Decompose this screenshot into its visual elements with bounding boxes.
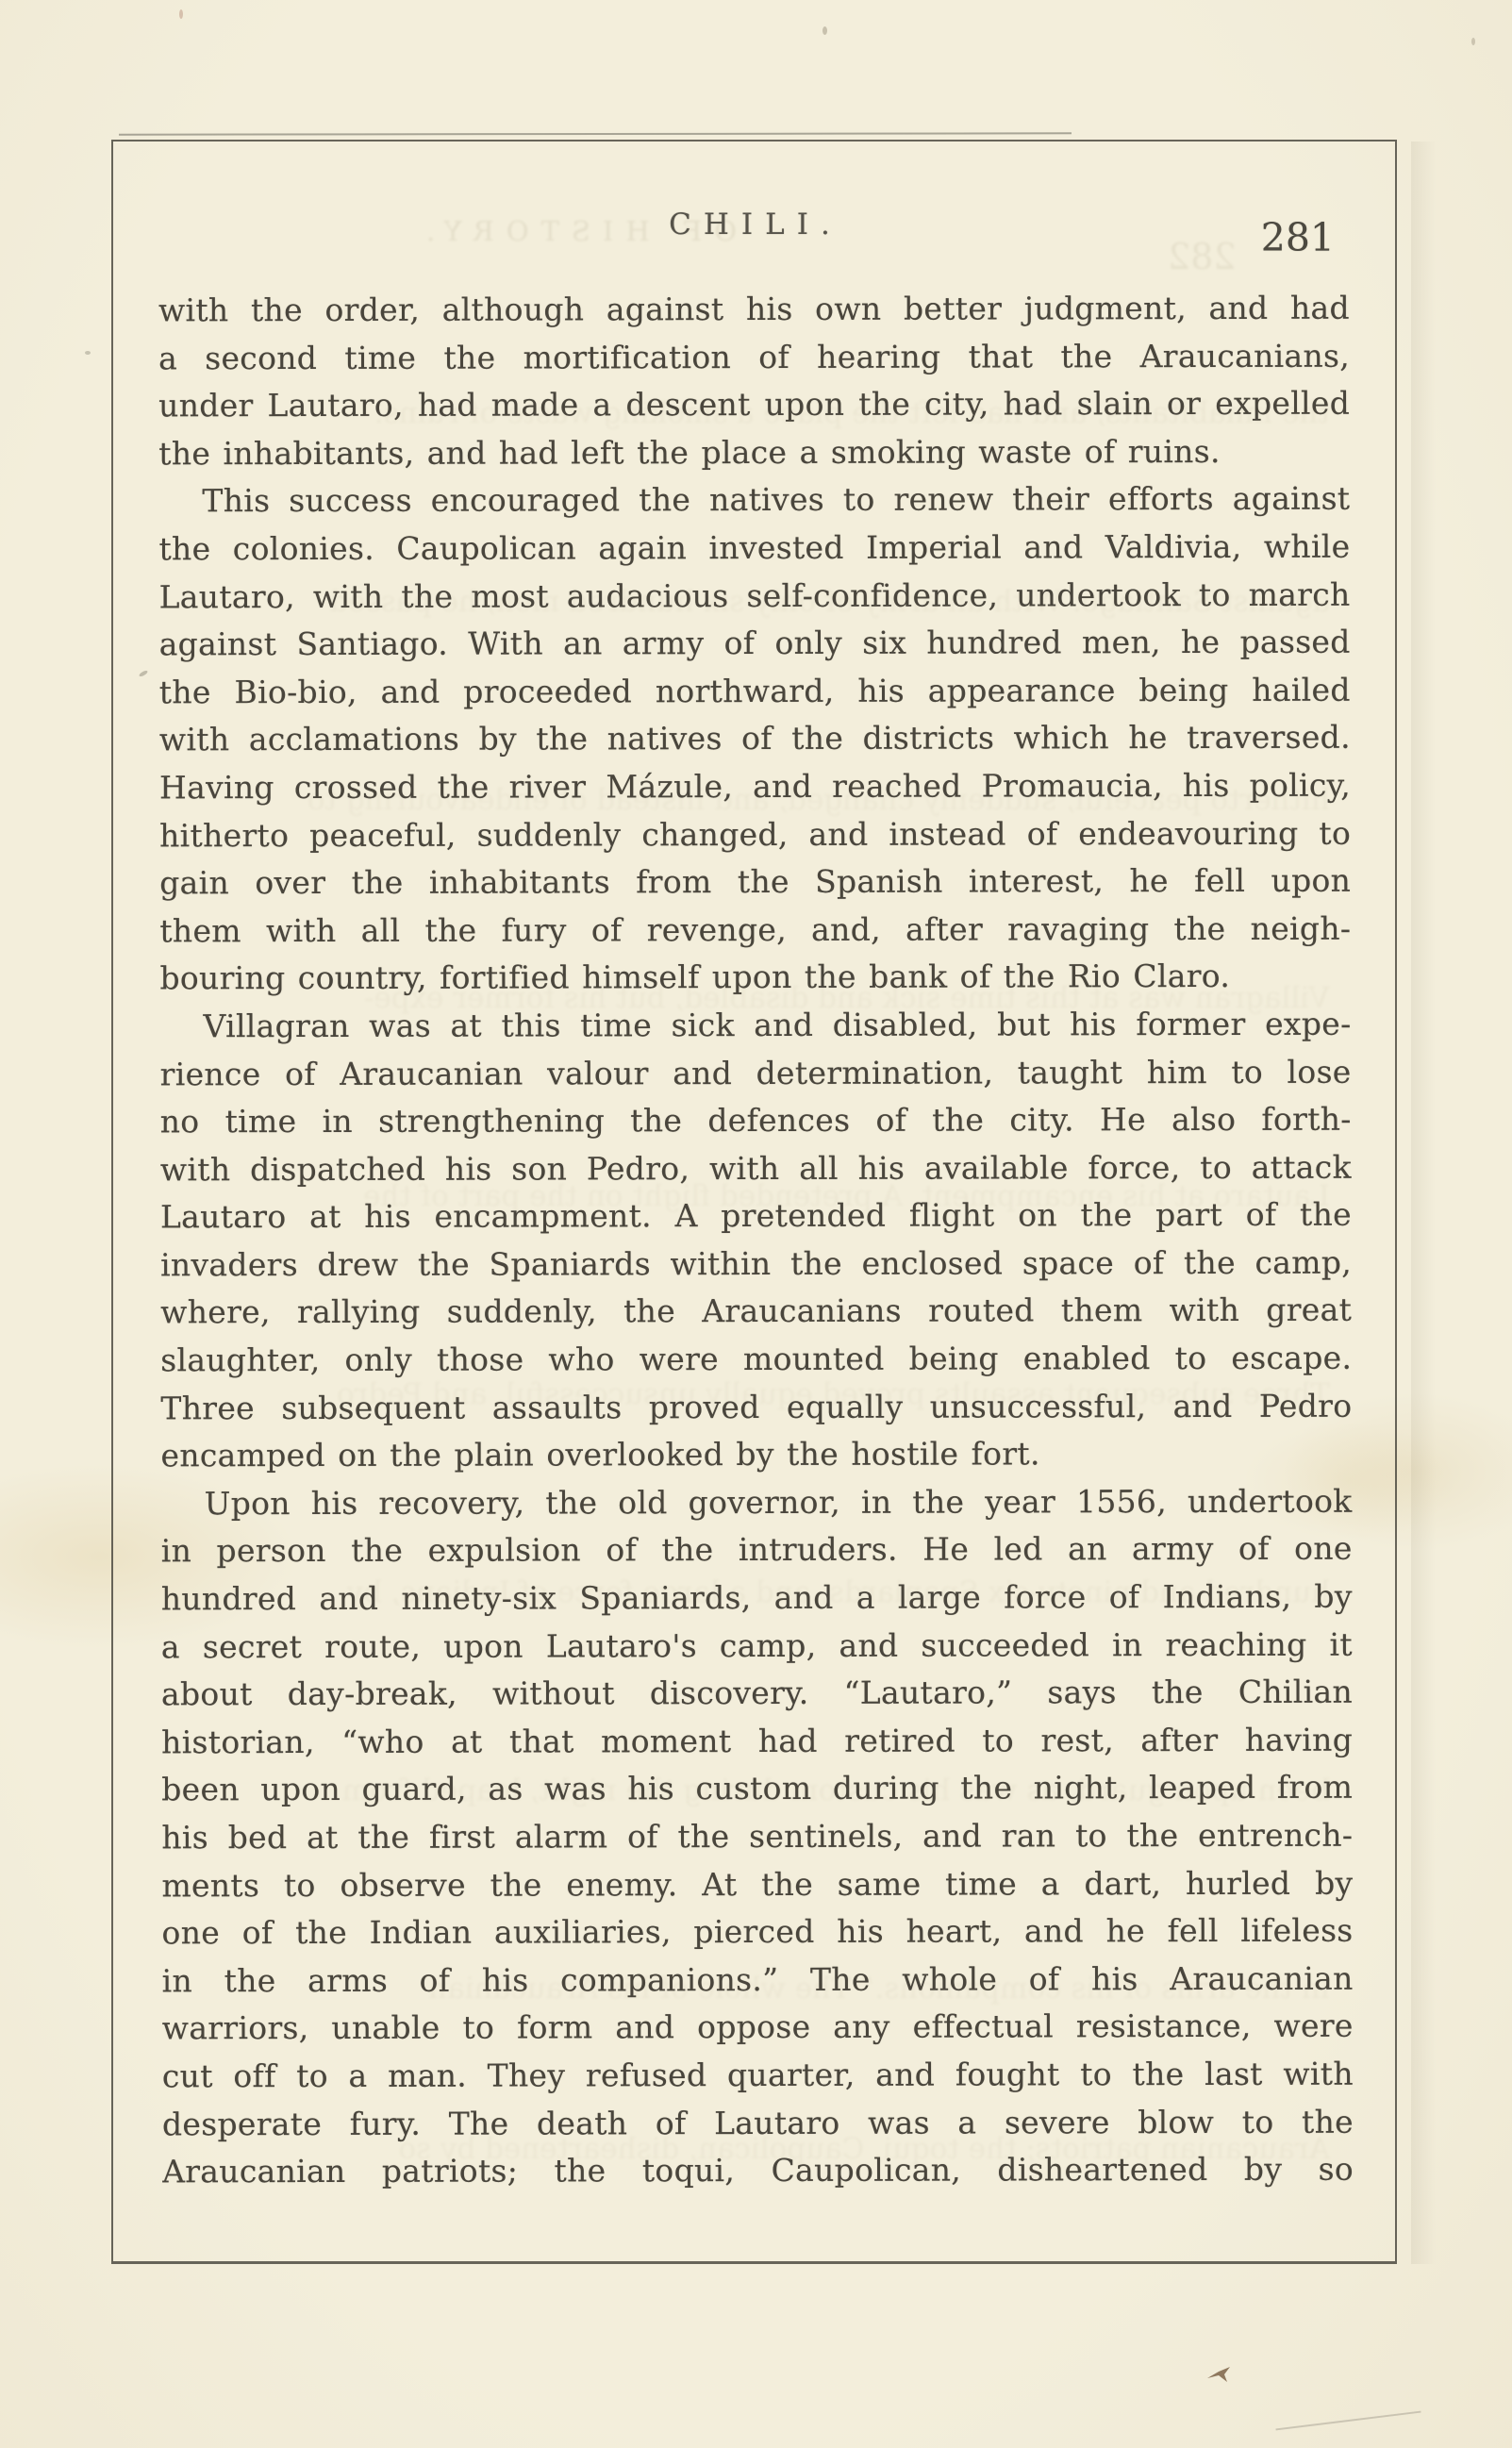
text-line: where, rallying suddenly, the Araucanian… [160, 1287, 1352, 1337]
text-line: warriors, unable to form and oppose any … [162, 2003, 1354, 2053]
paper-speck [822, 26, 827, 35]
pencil-scratch [1275, 2411, 1421, 2431]
text-line: one of the Indian auxiliaries, pierced h… [161, 1907, 1353, 1957]
page-gutter-shadow [1411, 142, 1436, 2264]
text-line: in the arms of his companions.” The whol… [162, 1955, 1354, 2005]
text-line: Villagran was at this time sick and disa… [159, 1001, 1351, 1051]
text-line: Three subsequent assaults proved equally… [160, 1382, 1352, 1432]
text-line: slaughter, only those who were mounted b… [160, 1335, 1352, 1385]
text-line: encamped on the plain overlooked by the … [160, 1430, 1352, 1480]
text-line: no time in strengthening the defences of… [160, 1096, 1352, 1146]
frame-top-double-rule [119, 132, 1072, 135]
paper-speck [179, 9, 183, 19]
book-page-scan: OF HISTORY. 282 the inhabitants, and had… [0, 0, 1512, 2448]
text-line: the inhabitants, and had left the place … [158, 427, 1350, 477]
text-line: This success encouraged the natives to r… [158, 475, 1350, 525]
page-number: 281 [160, 215, 1335, 260]
text-line: Having crossed the river Mázule, and rea… [159, 762, 1351, 812]
ink-speck-mark [1205, 2363, 1239, 2388]
text-line: them with all the fury of revenge, and, … [159, 905, 1351, 955]
text-line: Upon his recovery, the old governor, in … [161, 1478, 1353, 1528]
text-line: under Lautaro, had made a descent upon t… [158, 380, 1350, 430]
text-line: cut off to a man. They refused quarter, … [162, 2051, 1354, 2101]
text-line: hitherto peaceful, suddenly changed, and… [159, 809, 1351, 859]
text-line: with the order, although against his own… [158, 285, 1350, 335]
text-line: a secret route, upon Lautaro's camp, and… [161, 1621, 1353, 1671]
text-line: a second time the mortification of heari… [158, 332, 1350, 382]
text-line: Araucanian patriots; the toqui, Caupolic… [162, 2146, 1354, 2196]
text-line: in person the expulsion of the intruders… [161, 1525, 1353, 1575]
text-line: been upon guard, as was his custom durin… [161, 1764, 1353, 1814]
paper-speck [85, 351, 91, 355]
text-line: ments to observe the enemy. At the same … [161, 1859, 1353, 1909]
text-line: the Bio-bio, and proceeded northward, hi… [159, 666, 1351, 716]
text-line: bouring country, fortified himself upon … [159, 953, 1351, 1003]
paper-speck [1471, 38, 1475, 45]
text-line: gain over the inhabitants from the Spani… [159, 858, 1351, 908]
text-line: historian, “who at that moment had retir… [161, 1716, 1353, 1766]
text-line: invaders drew the Spaniards within the e… [160, 1240, 1352, 1290]
text-line: Lautaro, with the most audacious self-co… [159, 571, 1351, 621]
text-line: against Santiago. With an army of only s… [159, 619, 1351, 669]
text-line: rience of Araucanian valour and determin… [160, 1048, 1352, 1098]
body-text: with the order, although against his own… [158, 285, 1354, 2196]
text-line: his bed at the first alarm of the sentin… [161, 1812, 1353, 1862]
text-line: desperate fury. The death of Lautaro was… [162, 2098, 1354, 2148]
text-line: Lautaro at his encampment. A pretended f… [160, 1191, 1352, 1241]
text-line: with acclamations by the natives of the … [159, 714, 1351, 764]
text-line: about day-break, without discovery. “Lau… [161, 1669, 1353, 1719]
text-line: with dispatched his son Pedro, with all … [160, 1143, 1352, 1193]
text-line: hundred and ninety-six Spaniards, and a … [161, 1574, 1353, 1624]
text-line: the colonies. Caupolican again invested … [158, 524, 1350, 574]
